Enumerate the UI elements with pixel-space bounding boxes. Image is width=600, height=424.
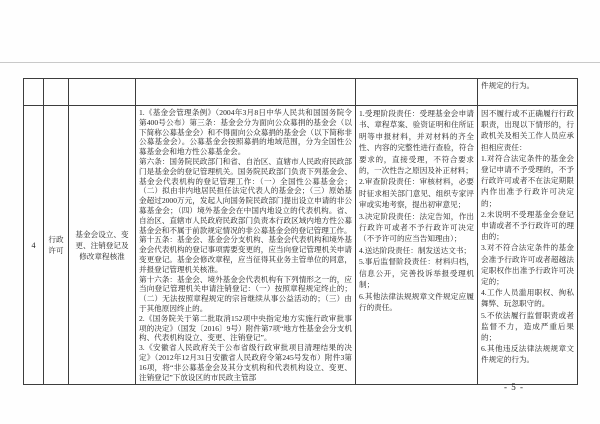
table-row: 4 行政许可 基金会设立、变更、注销登记及修改章程核准 1.《基金会管理条例》（… — [24, 106, 578, 385]
page-number: - 5 - — [504, 382, 524, 392]
row-liability-cell: 因不履行或不正确履行行政职责，出现以下情形的，行政机关及相关工作人员应承担相应责… — [478, 106, 578, 385]
row-legal-basis-cell: 1.《基金会管理条例》（2004年3月8日中华人民共和国国务院令第400号公布）… — [136, 106, 356, 385]
liability-items: 1.对符合法定条件的基金会登记申请不予受理的，不予行政许可或者不在法定期限内作出… — [481, 153, 574, 366]
duty-items: 1.受理阶段责任：受理基金会申请书、章程草案、验资证明和住所证明等申报材料，并对… — [359, 108, 474, 313]
row-category-cell: 行政许可 — [44, 106, 69, 385]
carryover-seq-cell — [24, 79, 44, 106]
document-page: 件规定的行为。 4 行政许可 基金会设立、变更、注销登记及修改章程核准 1.《基… — [0, 0, 600, 424]
carryover-row: 件规定的行为。 — [24, 79, 578, 106]
power-responsibility-table: 件规定的行为。 4 行政许可 基金会设立、变更、注销登记及修改章程核准 1.《基… — [23, 78, 578, 385]
row-item-name-cell: 基金会设立、变更、注销登记及修改章程核准 — [69, 106, 136, 385]
carryover-category-cell — [44, 79, 69, 106]
carryover-duties-cell — [356, 79, 478, 106]
carryover-liability-text: 件规定的行为。 — [481, 81, 574, 91]
carryover-legal-basis-cell — [136, 79, 356, 106]
row-seq-cell: 4 — [24, 106, 44, 385]
row-category: 行政许可 — [47, 234, 65, 256]
liability-intro: 因不履行或不正确履行行政职责，出现以下情形的，行政机关及相关工作人员应承担相应责… — [481, 108, 574, 153]
row-item-name: 基金会设立、变更、注销登记及修改章程核准 — [72, 229, 132, 262]
page-top-rule — [0, 62, 600, 63]
carryover-liability-cell: 件规定的行为。 — [478, 79, 578, 106]
row-seq: 4 — [27, 241, 40, 250]
carryover-name-cell — [69, 79, 136, 106]
legal-basis-paragraphs: 1.《基金会管理条例》（2004年3月8日中华人民共和国国务院令第400号公布）… — [139, 108, 352, 382]
row-duties-cell: 1.受理阶段责任：受理基金会申请书、章程草案、验资证明和住所证明等申报材料，并对… — [356, 106, 478, 385]
